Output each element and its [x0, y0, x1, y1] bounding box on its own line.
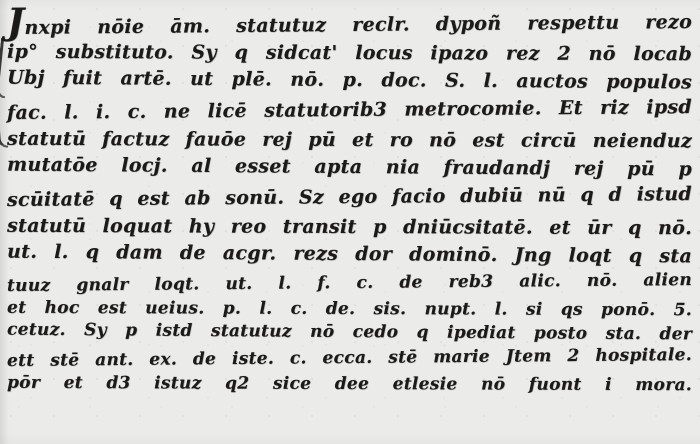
manuscript-line: Ubj fuit artē. ut plē. nō. p. doc. S. l.…	[7, 67, 692, 101]
manuscript-text-block: Jnxpi nōie ām. statutuz reclr. dypoñ res…	[7, 8, 692, 398]
manuscript-line: mutatōe locj. al esset apta nia fraudand…	[7, 154, 692, 188]
manuscript-line: pōr et d3 istuz q2 sice dee etlesie nō f…	[7, 373, 692, 400]
manuscript-line: ut. l. q dam de acgr. rezs dor dominō. J…	[7, 241, 692, 275]
manuscript-line: fac. l. i. c. ne licē statutorib3 metroc…	[7, 96, 692, 131]
manuscript-line: Jnxpi nōie ām. statutuz reclr. dypoñ res…	[7, 5, 692, 44]
manuscript-page: Jnxpi nōie ām. statutuz reclr. dypoñ res…	[0, 0, 700, 444]
manuscript-line: ett stē ant. ex. de iste. c. ecca. stē m…	[7, 345, 692, 376]
manuscript-line: tuuz gnalr loqt. ut. l. f. c. de reb3 al…	[7, 270, 692, 301]
manuscript-line: scūitatē q est ab sonū. Sz ego facio dub…	[7, 183, 692, 218]
